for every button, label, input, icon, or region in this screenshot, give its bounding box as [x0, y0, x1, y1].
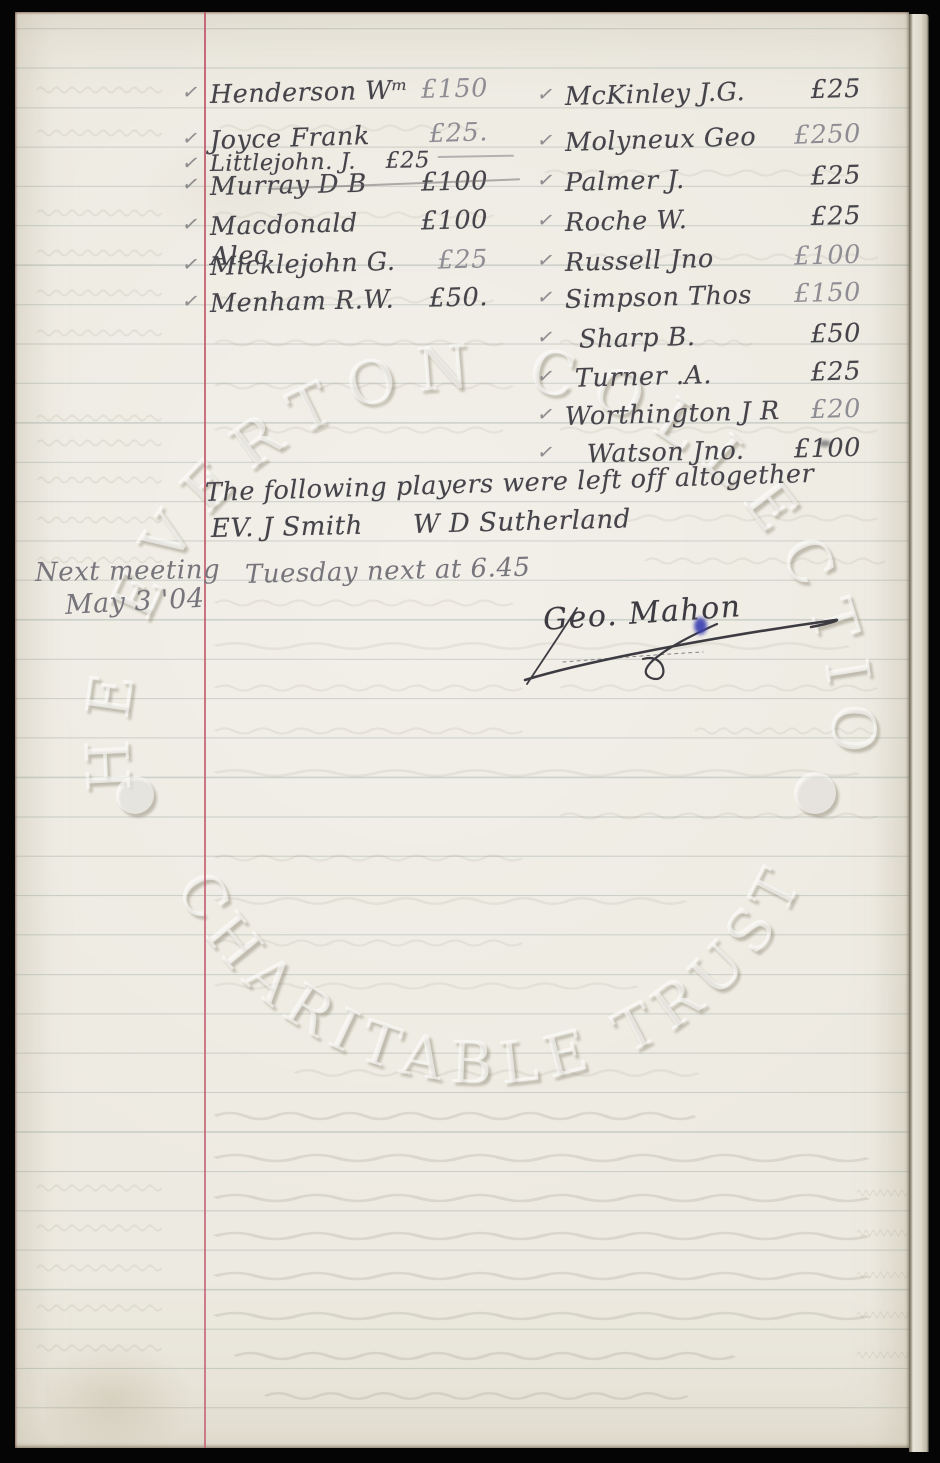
checkmark-icon: ✓	[535, 286, 556, 309]
amount: £25.	[429, 117, 489, 149]
watermark-bullet-right	[794, 772, 836, 814]
checkmark-icon: ✓	[535, 326, 556, 349]
player-name: Micklejohn G.	[210, 247, 396, 282]
checkmark-icon: ✓	[535, 169, 556, 192]
player-name: Worthington J R	[565, 396, 781, 432]
player-name: Turner .A.	[575, 360, 713, 394]
player-name: Molyneux Geo	[564, 122, 756, 158]
blue-ink-blot	[693, 616, 708, 636]
signature-geo-mahon: Geo. Mahon	[542, 589, 743, 638]
amount: £25	[437, 244, 488, 275]
ledger-entry-mckinley: ✓ McKinley J.G. £25	[565, 74, 862, 116]
amount: £100	[794, 240, 862, 272]
player-name: Palmer J.	[565, 165, 686, 198]
amount: £25	[810, 74, 861, 105]
amount: £25	[810, 201, 861, 232]
ledger-entry-micklejohn: ✓ Micklejohn G. £25	[210, 244, 489, 286]
player-name: Menham R.W.	[210, 285, 395, 319]
ledger-entry-menham: ✓ Menham R.W. £50.	[210, 282, 489, 323]
bottom-left-stain	[45, 1342, 195, 1448]
ledger-entry-palmer: ✓ Palmer J. £25	[565, 160, 862, 202]
amount: £50.	[429, 282, 488, 313]
amount: £250	[793, 119, 861, 151]
watermark-bullet-right-shadow	[797, 776, 839, 818]
underlying-page-edge	[909, 14, 929, 1452]
player-name: Simpson Thos	[565, 280, 753, 315]
checkmark-icon: ✓	[536, 403, 557, 426]
checkmark-icon: ✓	[181, 253, 202, 276]
svg-text:CHARITABLE TRUST: CHARITABLE TRUST	[166, 852, 822, 1101]
player-name: McKinley J.G.	[565, 77, 746, 112]
amount: £25	[810, 356, 861, 387]
amount: £20	[810, 394, 861, 425]
ledger-page: THE EVERTON COLLECTION CHARITABLE TRUST …	[15, 12, 909, 1448]
checkmark-icon: ✓	[180, 81, 201, 104]
ledger-entry-turner: ✓ Turner .A. £25	[565, 356, 862, 398]
pencil-dash	[438, 155, 514, 158]
ledger-entry-worthington: ✓ Worthington J R £20	[565, 394, 862, 436]
amount: £150	[421, 73, 489, 105]
scanned-ledger-page: THE EVERTON COLLECTION CHARITABLE TRUST …	[0, 0, 940, 1463]
ledger-entry-sharp: ✓ Sharp B. £50	[565, 318, 862, 359]
checkmark-icon: ✓	[536, 249, 557, 272]
ledger-entry-macdonald: ✓ Macdonald Alec £100	[210, 205, 489, 246]
amount: £50	[810, 318, 861, 349]
ink-smudge	[819, 440, 831, 447]
ledger-entry-russell: ✓ Russell Jno £100	[565, 240, 862, 282]
watermark-bullet-left-shadow	[119, 780, 157, 818]
watermark-bullet-left	[116, 776, 154, 814]
player-name: Sharp B.	[579, 322, 696, 355]
watermark-line2-shadow: CHARITABLE TRUST	[166, 852, 822, 1101]
ledger-entry-murray: ✓ Murray D B £100	[210, 166, 489, 206]
checkmark-icon: ✓	[535, 441, 556, 464]
player-name: Henderson Wᵐ	[210, 75, 409, 110]
left-off-note: The following players were left off alto…	[205, 459, 815, 508]
watermark-line2: CHARITABLE TRUST	[163, 849, 819, 1098]
meeting-date: May 3 '04	[64, 583, 205, 621]
ledger-entry-simpson: ✓ Simpson Thos £150	[565, 277, 862, 319]
checkmark-icon: ✓	[536, 129, 557, 152]
checkmark-icon: ✓	[180, 290, 201, 313]
checkmark-icon: ✓	[536, 83, 557, 106]
ledger-entry-henderson: ✓ Henderson Wᵐ £150	[210, 73, 489, 114]
next-meeting-detail: Tuesday next at 6.45	[245, 553, 531, 590]
svg-text:CHARITABLE TRUST: CHARITABLE TRUST	[163, 849, 819, 1098]
checkmark-icon: ✓	[535, 209, 556, 232]
left-off-player-2: W D Sutherland	[413, 504, 632, 540]
player-name: Roche W.	[565, 205, 688, 238]
checkmark-icon: ✓	[535, 365, 556, 388]
player-name: Russell Jno	[565, 244, 715, 278]
ledger-entry-roche: ✓ Roche W. £25	[565, 201, 862, 242]
left-off-player-1: EV. J Smith	[211, 511, 364, 544]
amount: £100	[421, 205, 489, 237]
amount: £25	[810, 160, 861, 191]
ledger-entry-molyneux: ✓ Molyneux Geo £250	[564, 119, 861, 162]
amount: £150	[794, 277, 862, 309]
